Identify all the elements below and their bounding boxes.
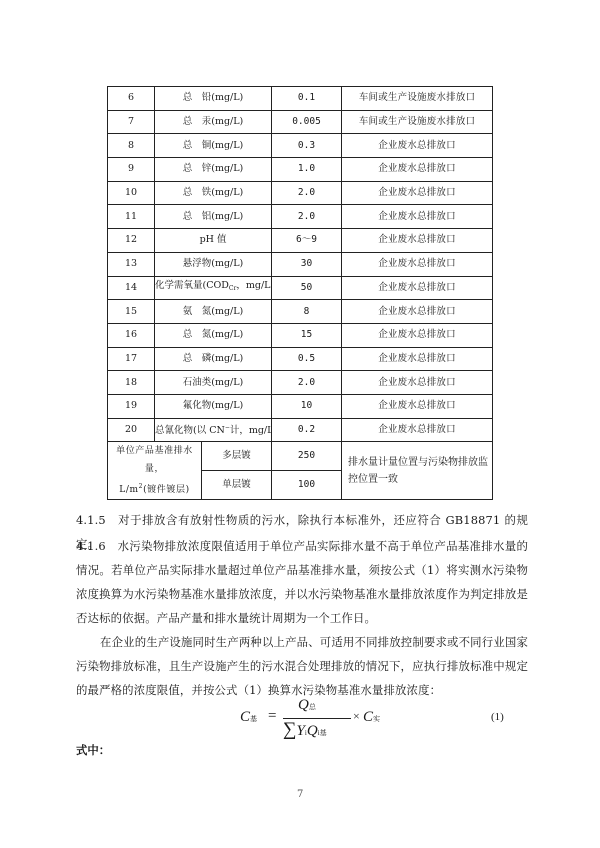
monitoring-location: 企业废水总排放口 [342,323,493,347]
emission-limits-table: 6总 铅(mg/L)0.1车间或生产设施废水排放口7总 汞(mg/L)0.005… [107,86,493,500]
limit-value: 2.0 [272,181,342,205]
table-row: 11总 铝(mg/L)2.0企业废水总排放口 [108,205,493,229]
pollutant-item: 总 铁(mg/L) [155,181,272,205]
limit-value: 6～9 [272,229,342,253]
row-number: 15 [108,300,155,324]
pollutant-name: 总 铅(mg/L) [183,92,244,103]
formula-times: × [353,709,360,724]
table-row: 17总 磷(mg/L)0.5企业废水总排放口 [108,347,493,371]
baseline-row: 单位产品基准排水量，L/m2(镀件镀层)多层镀250排水量计量位置与污染物排放监… [108,442,493,471]
pollutant-item: 总氰化物(以 CN−计，mg/L) [155,418,272,442]
pollutant-name: 总 铝(mg/L) [183,211,244,222]
pollutant-unit: 计，mg/L) [230,425,272,436]
table-row: 20总氰化物(以 CN−计，mg/L)0.2企业废水总排放口 [108,418,493,442]
limit-value: 1.0 [272,158,342,182]
formula-lhs: C基 [240,709,257,726]
monitoring-location: 企业废水总排放口 [342,205,493,229]
monitoring-location: 企业废水总排放口 [342,300,493,324]
pollutant-item: 总 铅(mg/L) [155,87,272,111]
plating-type: 单层镀 [202,471,272,500]
clause-4-1-6: 4.1.6 水污染物排放浓度限值适用于单位产品实际排水量不高于单位产品基准排水量… [76,534,528,630]
limit-value: 0.2 [272,418,342,442]
table-row: 7总 汞(mg/L)0.005车间或生产设施废水排放口 [108,110,493,134]
monitoring-location: 企业废水总排放口 [342,158,493,182]
table-row: 8总 铜(mg/L)0.3企业废水总排放口 [108,134,493,158]
table-row: 18石油类(mg/L)2.0企业废水总排放口 [108,371,493,395]
table-row: 19氟化物(mg/L)10企业废水总排放口 [108,394,493,418]
pollutant-item: 总 铝(mg/L) [155,205,272,229]
formula-equals: = [268,708,276,725]
document-page: 6总 铅(mg/L)0.1车间或生产设施废水排放口7总 汞(mg/L)0.005… [0,0,600,848]
pollutant-name: pH 值 [200,234,227,245]
monitoring-location: 企业废水总排放口 [342,394,493,418]
row-number: 13 [108,252,155,276]
table-row: 12pH 值6～9企业废水总排放口 [108,229,493,253]
baseline-value: 100 [272,471,342,500]
pollutant-item: 氨 氮(mg/L) [155,300,272,324]
pollutant-name: 氨 氮(mg/L) [183,306,244,317]
limit-value: 0.1 [272,87,342,111]
page-number: 7 [297,789,303,800]
monitoring-location: 车间或生产设施废水排放口 [342,87,493,111]
plating-type: 多层镀 [202,442,272,471]
table-row: 16总 氮(mg/L)15企业废水总排放口 [108,323,493,347]
paragraph-multi-product: 在企业的生产设施同时生产两种以上产品、可适用不同排放控制要求或不同行业国家污染物… [76,630,528,702]
monitoring-location: 企业废水总排放口 [342,181,493,205]
formula-1: C基 = Q总 ∑YiQi基 × C实 [240,697,380,741]
pollutant-item: pH 值 [155,229,272,253]
limit-value: 0.5 [272,347,342,371]
pollutant-item: 氟化物(mg/L) [155,394,272,418]
row-number: 8 [108,134,155,158]
formula-denominator: ∑YiQi基 [283,719,327,741]
pollutant-name: 总 铜(mg/L) [183,140,244,151]
limit-value: 8 [272,300,342,324]
row-number: 7 [108,110,155,134]
limit-value: 30 [272,252,342,276]
table-row: 15氨 氮(mg/L)8企业废水总排放口 [108,300,493,324]
limit-value: 2.0 [272,371,342,395]
pollutant-item: 总 铜(mg/L) [155,134,272,158]
formula-numerator: Q总 [298,697,316,714]
table-row: 10总 铁(mg/L)2.0企业废水总排放口 [108,181,493,205]
pollutant-name: 化学需氧量(COD [155,280,229,291]
row-number: 20 [108,418,155,442]
pollutant-name: 悬浮物(mg/L) [183,258,244,269]
row-number: 11 [108,205,155,229]
limit-value: 0.3 [272,134,342,158]
row-number: 14 [108,276,155,300]
pollutant-item: 总 锌(mg/L) [155,158,272,182]
monitoring-location: 企业废水总排放口 [342,347,493,371]
table-row: 14化学需氧量(CODCr，mg/L)50企业废水总排放口 [108,276,493,300]
monitoring-location: 车间或生产设施废水排放口 [342,110,493,134]
row-number: 12 [108,229,155,253]
limit-value: 50 [272,276,342,300]
monitoring-location: 企业废水总排放口 [342,418,493,442]
table-row: 6总 铅(mg/L)0.1车间或生产设施废水排放口 [108,87,493,111]
pollutant-name: 总 氮(mg/L) [183,329,244,340]
row-number: 6 [108,87,155,111]
pollutant-item: 总 氮(mg/L) [155,323,272,347]
pollutant-name: 总 磷(mg/L) [183,353,244,364]
where-label: 式中： [76,742,110,758]
baseline-label-unit: L/m [119,485,138,495]
pollutant-unit: ，mg/L) [236,280,271,291]
table-row: 13悬浮物(mg/L)30企业废水总排放口 [108,252,493,276]
pollutant-name: 氟化物(mg/L) [183,400,244,411]
limit-value: 15 [272,323,342,347]
table-row: 9总 锌(mg/L)1.0企业废水总排放口 [108,158,493,182]
monitoring-location: 企业废水总排放口 [342,371,493,395]
limit-value: 0.005 [272,110,342,134]
limit-value: 10 [272,394,342,418]
monitoring-location: 企业废水总排放口 [342,276,493,300]
monitoring-location: 企业废水总排放口 [342,252,493,276]
pollutant-item: 总 汞(mg/L) [155,110,272,134]
formula-rhs: C实 [363,709,380,726]
pollutant-name: 总氰化物(以 CN [155,425,225,436]
baseline-label: 单位产品基准排水量，L/m2(镀件镀层) [108,442,202,500]
pollutant-item: 石油类(mg/L) [155,371,272,395]
equation-number: (1) [491,711,504,723]
baseline-note: 排水量计量位置与污染物排放监控位置一致 [342,442,493,500]
row-number: 16 [108,323,155,347]
row-number: 9 [108,158,155,182]
pollutant-name: 总 锌(mg/L) [183,163,244,174]
row-number: 18 [108,371,155,395]
row-number: 17 [108,347,155,371]
pollutant-item: 悬浮物(mg/L) [155,252,272,276]
baseline-label-line1: 单位产品基准排水量， [116,446,193,474]
pollutant-item: 化学需氧量(CODCr，mg/L) [155,276,272,300]
monitoring-location: 企业废水总排放口 [342,229,493,253]
row-number: 10 [108,181,155,205]
pollutant-name: 总 铁(mg/L) [183,187,244,198]
baseline-value: 250 [272,442,342,471]
baseline-label-tail: (镀件镀层) [143,485,190,495]
pollutant-name: 石油类(mg/L) [183,377,244,388]
monitoring-location: 企业废水总排放口 [342,134,493,158]
pollutant-name: 总 汞(mg/L) [183,116,244,127]
row-number: 19 [108,394,155,418]
limit-value: 2.0 [272,205,342,229]
pollutant-item: 总 磷(mg/L) [155,347,272,371]
